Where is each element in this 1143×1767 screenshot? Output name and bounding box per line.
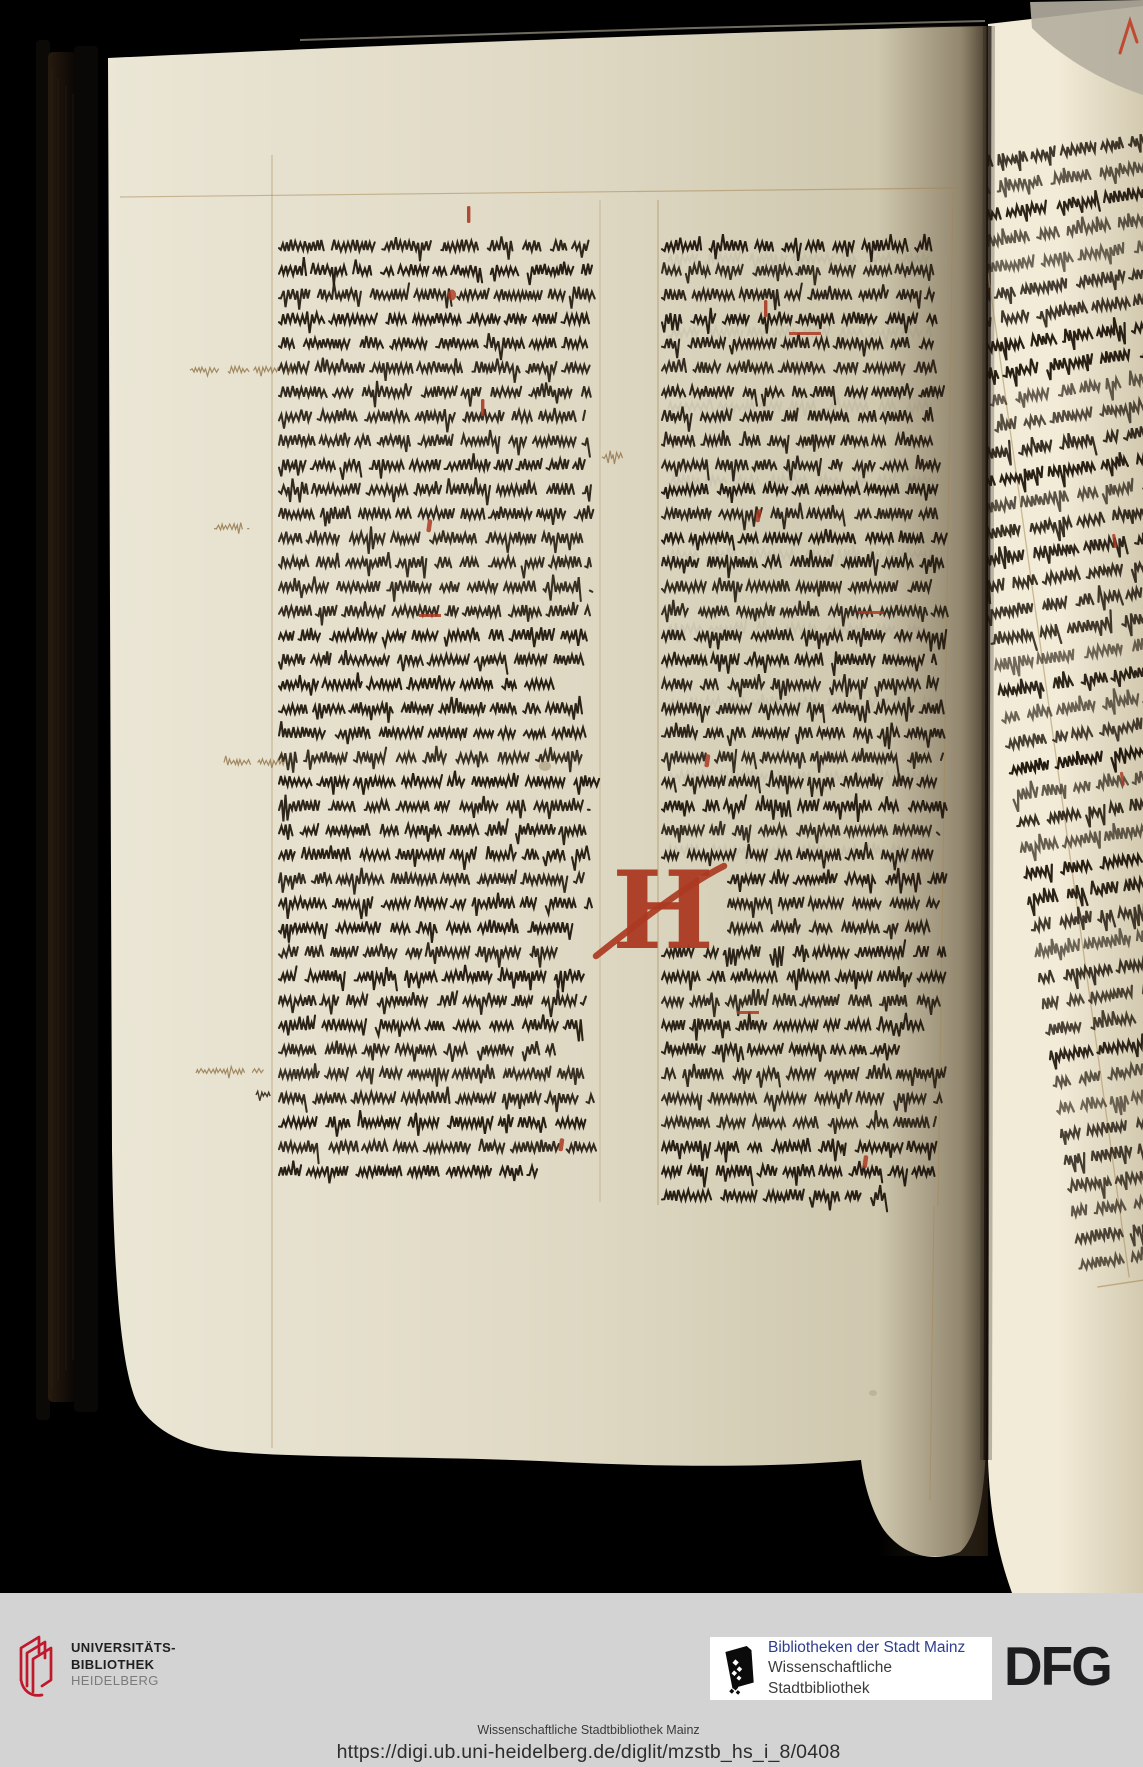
digitized-manuscript-viewer: H UNIVERSITÄTS- BIBLIOTHEK HEIDELBERG: [0, 0, 1143, 1767]
manuscript-page: [108, 21, 989, 1557]
ink-stain: [869, 1390, 877, 1396]
footer-banner: UNIVERSITÄTS- BIBLIOTHEK HEIDELBERG: [0, 1593, 1143, 1767]
svg-text:H: H: [612, 848, 714, 974]
holding-institution-caption: Wissenschaftliche Stadtbibliothek Mainz: [17, 1723, 1143, 1738]
heidelberg-university-library-logo: UNIVERSITÄTS- BIBLIOTHEK HEIDELBERG: [14, 1633, 176, 1703]
mainz-logo-line2: Wissenschaftliche Stadtbibliothek: [768, 1658, 992, 1699]
persistent-url: https://digi.ub.uni-heidelberg.de/diglit…: [17, 1740, 1143, 1764]
red-initial-H: H: [596, 848, 724, 974]
heidelberg-logo-line2: BIBLIOTHEK: [71, 1657, 154, 1672]
dfg-logo: DFG: [1004, 1639, 1111, 1694]
gutter-shadow: [878, 26, 988, 1556]
heidelberg-logo-text: UNIVERSITÄTS- BIBLIOTHEK HEIDELBERG: [71, 1633, 176, 1703]
ink-stain: [539, 761, 551, 771]
book-fore-edge: [36, 40, 98, 1420]
heidelberg-logo-line3: HEIDELBERG: [71, 1673, 159, 1688]
book-icon: [722, 1643, 758, 1695]
mainz-library-logo: Bibliotheken der Stadt Mainz Wissenschaf…: [710, 1637, 992, 1700]
heidelberg-logo-line1: UNIVERSITÄTS-: [71, 1640, 176, 1655]
mainz-logo-text: Bibliotheken der Stadt Mainz Wissenschaf…: [768, 1638, 992, 1700]
mainz-logo-line1: Bibliotheken der Stadt Mainz: [768, 1638, 992, 1659]
open-book-logo-icon: [14, 1633, 60, 1703]
manuscript-scan-image: H: [0, 0, 1143, 1593]
